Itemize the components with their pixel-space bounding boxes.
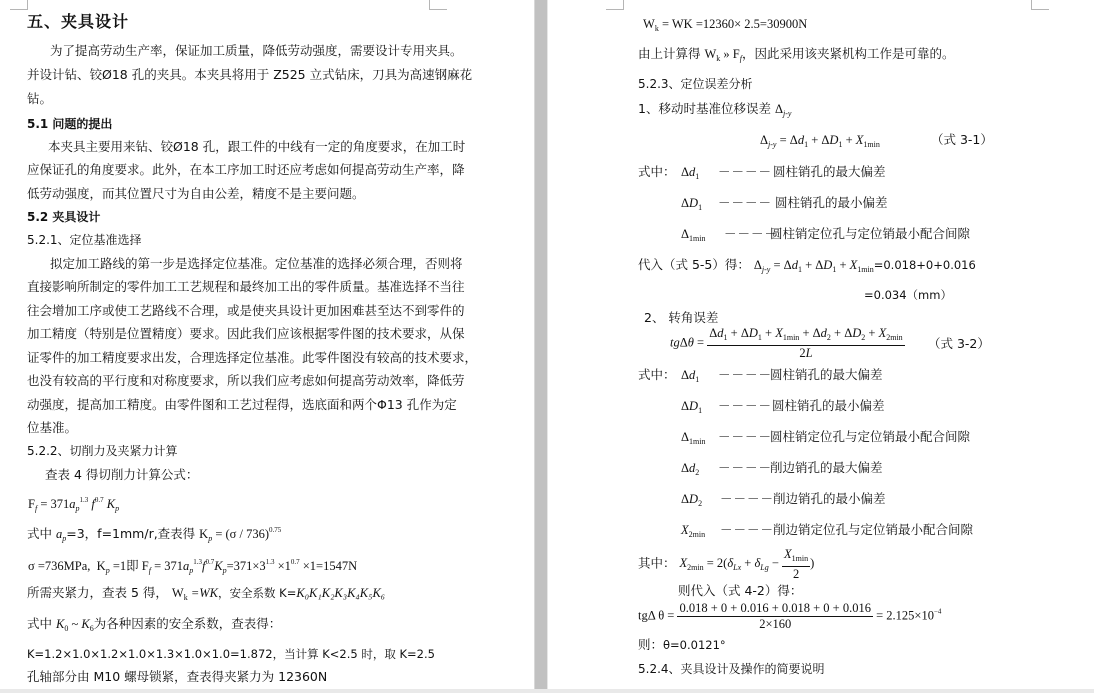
section-5-2-3-heading: 5.2.3、定位误差分析 <box>638 76 753 92</box>
section-5-2-4-heading: 5.2.4、夹具设计及操作的简要说明 <box>638 661 825 677</box>
clamping-conclusion: 由上计算得 Wk » Ff，因此采用该夹紧机构工作是可靠的。 <box>638 46 955 67</box>
nut-clamping-line: 孔轴部分由 M10 螺母锁紧，查表得夹紧力为 12360N <box>27 669 327 685</box>
symbol-delta-D1: ΔD1 <box>681 398 702 419</box>
dash-separator: －－－－ <box>718 429 772 445</box>
def-delta-1min: 圆柱销定位孔与定位销最小配合间隙 <box>770 429 970 445</box>
item-1-heading: 1、移动时基准位移误差 Δj-y <box>638 101 791 122</box>
substitution-line: 代入（式 5-5）得： Δj-y = Δd1 + ΔD1 + X1min=0.0… <box>638 257 976 278</box>
symbol-delta-D1: ΔD1 <box>681 195 702 216</box>
intro-line-3: 钻。 <box>27 91 52 107</box>
sec-5-1-line-3: 低劳动强度，而其位置尺寸为自由公差，精度不是主要问题。 <box>27 186 365 202</box>
dash-separator: －－－－ <box>718 367 772 383</box>
def-delta-d1: 圆柱销孔的最大偏差 <box>773 164 886 180</box>
symbol-delta-1min: Δ1min <box>681 226 706 247</box>
def-delta-d2: 削边销孔的最大偏差 <box>770 460 883 476</box>
k-calculation: K=1.2×1.0×1.2×1.0×1.3×1.0×1.0=1.872，当计算 … <box>27 646 435 662</box>
intro-line-2: 并设计钻、铰Ø18 孔的夹具。本夹具将用于 Z525 立式钻床，刀具为高速钢麻花 <box>27 67 472 83</box>
crop-mark-top-left <box>606 0 624 10</box>
item-2-heading: 2、 转角误差 <box>644 310 718 326</box>
clamping-force-line: 所需夹紧力，查表 5 得， Wk =WK，安全系数 K=K₀K₁K₂K₃K₄K₅… <box>27 585 385 606</box>
substitution-2-line: 则代入（式 4-2）得： <box>678 583 802 599</box>
cutting-force-calculation: σ =736MPa, Kp =1即 Ff = 371ap1.3f0.7Kp=37… <box>28 554 357 579</box>
crop-mark-top-right <box>1031 0 1049 10</box>
equation-3-2-tag: （式 3-2） <box>928 336 990 352</box>
symbol-delta-d1: Δd1 <box>681 164 699 185</box>
where-label-1: 式中： <box>638 164 676 180</box>
dash-separator: －－－－ <box>718 460 772 476</box>
x2min-formula: 其中： X2min = 2(δLx + δLg − X1min2) <box>638 547 814 582</box>
sec-5-2-1-line-2: 直接影响所制定的零件加工工艺规程和最终加工出的零件质量。基准选择不当往 <box>27 279 465 295</box>
equation-3-2: tgΔθ = Δd1 + ΔD1 + X1min + Δd2 + ΔD2 + X… <box>670 326 905 361</box>
crop-mark-top-left <box>10 0 28 10</box>
def-delta-D1: 圆柱销孔的最小偏差 <box>775 195 888 211</box>
symbol-delta-d2: Δd2 <box>681 460 699 481</box>
sec-5-2-1-line-8: 位基准。 <box>27 420 77 436</box>
equation-3-1-tag: （式 3-1） <box>931 132 993 148</box>
document-page-left: 五、夹具设计 为了提高劳动生产率，保证加工质量，降低劳动强度，需要设计专用夹具。… <box>0 0 534 689</box>
equation-3-1: Δj-y = Δd1 + ΔD1 + X1min <box>760 132 880 153</box>
dash-separator: －－－－ <box>718 398 772 414</box>
wk-calculation: Wk = WK =12360× 2.5=30900N <box>643 16 807 37</box>
where-label-2: 式中： <box>638 367 676 383</box>
section-5-2-1-heading: 5.2.1、定位基准选择 <box>27 232 142 248</box>
sec-5-1-line-2: 应保证孔的角度要求。此外，在本工序加工时还应考虑如何提高劳动生产率，降 <box>27 162 465 178</box>
sec-5-2-1-line-7: 动强度，提高加工精度。由零件图和工艺过程得，选底面和两个Φ13 孔作为定 <box>27 397 457 413</box>
sec-5-2-1-line-1: 拟定加工路线的第一步是选择定位基准。定位基准的选择必须合理，否则将 <box>50 256 463 272</box>
angle-error-calculation: tgΔ θ = 0.018 + 0 + 0.016 + 0.018 + 0 + … <box>638 601 941 632</box>
page-gutter <box>534 0 548 693</box>
table-4-reference: 查表 4 得切削力计算公式： <box>45 467 198 483</box>
def-x2min: 削边销定位孔与定位销最小配合间隙 <box>773 522 973 538</box>
def-delta-d1: 圆柱销孔的最大偏差 <box>770 367 883 383</box>
symbol-delta-1min: Δ1min <box>681 429 706 450</box>
sec-5-2-1-line-5: 证零件的加工精度要求出发，合理选择定位基准。此零件图没有较高的技术要求， <box>27 350 477 366</box>
dash-separator: －－－－ <box>720 522 774 538</box>
substitution-result: =0.034（mm） <box>864 287 952 303</box>
chapter-title: 五、夹具设计 <box>27 14 129 30</box>
dash-separator: －－－－ <box>718 164 772 180</box>
sec-5-2-1-line-6: 也没有较高的平行度和对称度要求，所以我们应考虑如何提高劳动效率，降低劳 <box>27 373 465 389</box>
cutting-force-formula: Ff = 371ap1.3 f0.7 Kp <box>28 492 119 517</box>
def-delta-D1: 圆柱销孔的最小偏差 <box>772 398 885 414</box>
intro-line-1: 为了提高劳动生产率，保证加工质量，降低劳动强度，需要设计专用夹具。 <box>50 43 463 59</box>
where-ap-line: 式中 ap=3，f=1mm/r,查表得 Kp = (σ / 736)0.75 <box>27 522 281 547</box>
sec-5-2-1-line-3: 往会增加工序或使工艺路线不合理，或是使夹具设计更加困难甚至达不到零件的 <box>27 303 465 319</box>
section-5-2-2-heading: 5.2.2、切削力及夹紧力计算 <box>27 443 178 459</box>
section-5-2-heading: 5.2 夹具设计 <box>27 209 100 225</box>
dash-separator: －－－－ <box>720 491 774 507</box>
bottom-scroll-area <box>0 689 1094 693</box>
def-delta-D2: 削边销孔的最小偏差 <box>773 491 886 507</box>
symbol-delta-D2: ΔD2 <box>681 491 702 512</box>
dash-separator: －－－－ <box>718 195 772 211</box>
document-page-right: Wk = WK =12360× 2.5=30900N 由上计算得 Wk » Ff… <box>548 0 1094 689</box>
crop-mark-top-right <box>429 0 447 10</box>
sec-5-2-1-line-4: 加工精度（特别是位置精度）要求。因此我们应该根据零件图的技术要求，从保 <box>27 326 465 342</box>
symbol-delta-d1: Δd1 <box>681 367 699 388</box>
theta-result: 则：θ=0.0121° <box>638 637 726 653</box>
symbol-x2min: X2min <box>681 522 705 543</box>
section-5-1-heading: 5.1 问题的提出 <box>27 116 112 132</box>
safety-factor-line: 式中 K0 ~ K6为各种因素的安全系数，查表得： <box>27 616 281 637</box>
def-delta-1min: 圆柱销定位孔与定位销最小配合间隙 <box>770 226 970 242</box>
sec-5-1-line-1: 本夹具主要用来钻、铰Ø18 孔，跟工件的中线有一定的角度要求，在加工时 <box>48 139 465 155</box>
